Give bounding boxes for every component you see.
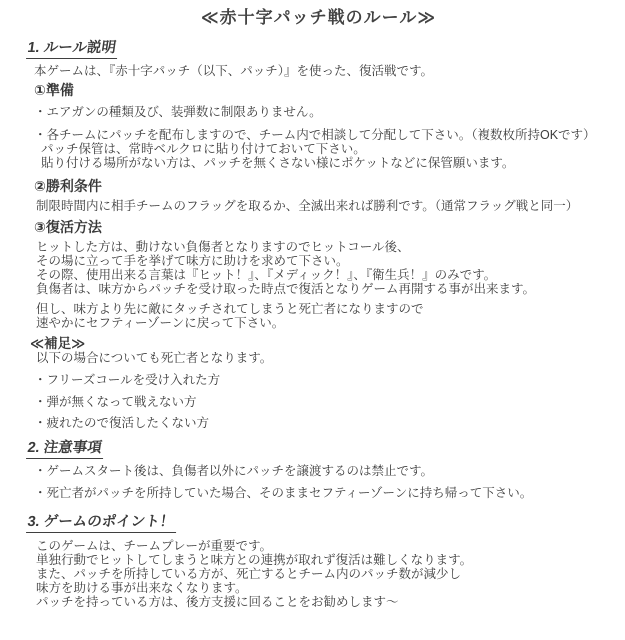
- text-line: このゲームは、チームプレーが重要です。: [36, 539, 611, 553]
- section-2-heading: 2. 注意事項: [26, 440, 611, 459]
- text-line: また、パッチを所持している方が、死亡するとチーム内のパッチ数が減少し: [36, 567, 611, 581]
- subsection-revival-heading: ③復活方法: [34, 219, 611, 236]
- section-1-heading: 1. ルール説明: [26, 40, 611, 59]
- section-1-intro: 本ゲームは、『赤十字パッチ（以下、パッチ）』を使った、復活戦です。: [34, 64, 611, 78]
- victory-condition-text: 制限時間内に相手チームのフラッグを取るか、全滅出来れば勝利です。（通常フラッグ戦…: [36, 199, 611, 213]
- text-line: その場に立って手を挙げて味方に助けを求めて下さい。: [36, 254, 611, 268]
- section-3-heading-text: 3. ゲームのポイント！: [26, 514, 178, 533]
- supplement-bullet-tired: ・疲れたので復活したくない方: [34, 416, 611, 430]
- subsection-victory-heading: ②勝利条件: [34, 178, 611, 195]
- text-line: パッチ保管は、常時ベルクロに貼り付けておいて下さい。: [41, 142, 611, 156]
- supplement-heading: ≪補足≫: [30, 336, 611, 351]
- text-line: 単独行動でヒットしてしまうと味方との連携が取れず復活は難しくなります。: [36, 553, 611, 567]
- text-line: 負傷者は、味方からパッチを受け取った時点で復活となりゲーム再開する事が出来ます。: [36, 282, 611, 296]
- text-line: パッチを持っている方は、後方支援に回ることをお勧めします～: [36, 595, 611, 609]
- document-page: ≪赤十字パッチ戦のルール≫ 1. ルール説明 本ゲームは、『赤十字パッチ（以下、…: [0, 0, 625, 640]
- text-line: 但し、味方より先に敵にタッチされてしまうと死亡者になりますので: [36, 302, 611, 316]
- supplement-bullet-freeze: ・フリーズコールを受け入れた方: [34, 373, 611, 387]
- text-line: 貼り付ける場所がない方は、パッチを無くさない様にポケットなどに保管願います。: [41, 156, 611, 170]
- text-line: 速やかにセフティーゾーンに戻って下さい。: [36, 316, 611, 330]
- prep-bullet-airgun: ・エアガンの種類及び、装弾数に制限ありません。: [34, 105, 611, 119]
- text-line: ヒットした方は、動けない負傷者となりますのでヒットコール後、: [36, 240, 611, 254]
- text-line: 味方を助ける事が出来なくなります。: [36, 581, 611, 595]
- subsection-prep-heading: ①準備: [34, 82, 611, 99]
- section-1-heading-text: 1. ルール説明: [26, 40, 120, 59]
- prep-bullet-patch-distribution: ・各チームにパッチを配布しますので、チーム内で相談して分配して下さい。（複数枚所…: [34, 128, 611, 170]
- game-points-paragraph: このゲームは、チームプレーが重要です。 単独行動でヒットしてしまうと味方との連携…: [36, 539, 611, 609]
- section-2-heading-text: 2. 注意事項: [26, 440, 106, 459]
- supplement-intro: 以下の場合についても死亡者となります。: [36, 351, 611, 365]
- text-line: その際、使用出来る言葉は『ヒット！』、『メディック！』、『衛生兵！』のみです。: [36, 268, 611, 282]
- revival-paragraph-2: 但し、味方より先に敵にタッチされてしまうと死亡者になりますので 速やかにセフティ…: [36, 302, 611, 330]
- section-3-heading: 3. ゲームのポイント！: [26, 514, 611, 533]
- document-title: ≪赤十字パッチ戦のルール≫: [26, 8, 611, 28]
- revival-paragraph-1: ヒットした方は、動けない負傷者となりますのでヒットコール後、 その場に立って手を…: [36, 240, 611, 296]
- caution-bullet-deceased: ・死亡者がパッチを所持していた場合、そのままセフティーゾーンに持ち帰って下さい。: [34, 486, 611, 500]
- text-line: ・各チームにパッチを配布しますので、チーム内で相談して分配して下さい。（複数枚所…: [34, 128, 611, 142]
- supplement-bullet-no-ammo: ・弾が無くなって戦えない方: [34, 395, 611, 409]
- caution-bullet-transfer: ・ゲームスタート後は、負傷者以外にパッチを譲渡するのは禁止です。: [34, 464, 611, 478]
